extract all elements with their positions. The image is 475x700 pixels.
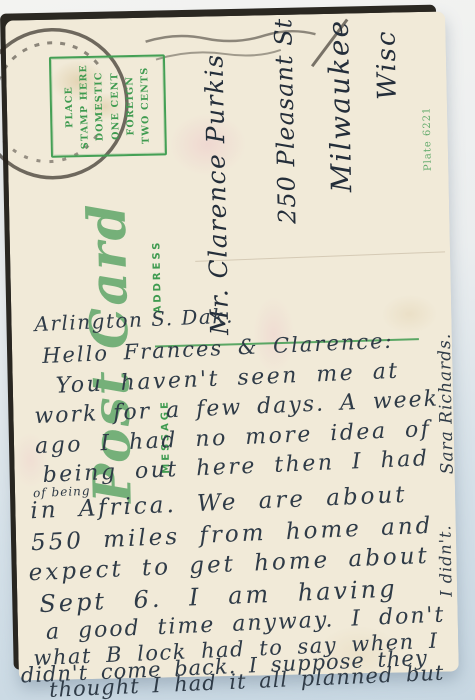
stamp-box: PLACE STAMP HERE DOMESTIC ONE CENT FOREI…: [49, 54, 167, 157]
postcard-back: PLACE STAMP HERE DOMESTIC ONE CENT FOREI…: [5, 11, 459, 680]
postcard-photo: { "stamp_box": { "lines": ["PLACE", "STA…: [0, 0, 475, 700]
message-signature: Sara Richards.: [435, 333, 458, 475]
address-label: ADDRESS: [151, 240, 164, 314]
address-recipient: Mr. Clarence Purkis: [199, 53, 234, 335]
message-margin-note: I didn't.: [435, 524, 456, 597]
stamp-box-text: PLACE STAMP HERE DOMESTIC ONE CENT FOREI…: [61, 63, 154, 150]
address-city: Milwaukee: [322, 19, 359, 193]
address-street: 250 Pleasant St: [269, 17, 301, 224]
stamp-box-line: DOMESTIC: [92, 64, 109, 149]
plate-number: Plate 6221: [422, 107, 434, 172]
stamp-box-line: TWO CENTS: [137, 63, 154, 148]
address-state: Wisc: [371, 29, 402, 100]
